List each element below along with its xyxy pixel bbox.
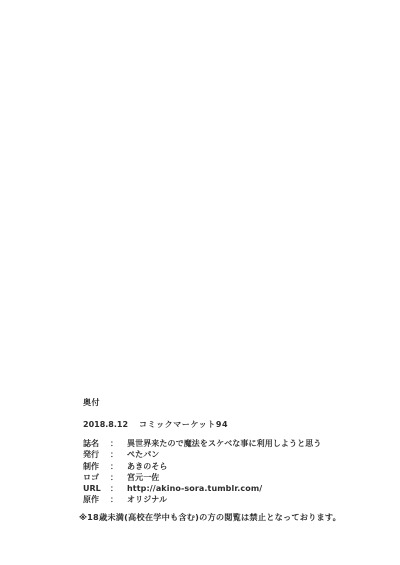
row-label-url: URL (83, 483, 110, 494)
page-title: 奥付 (83, 397, 100, 408)
colophon-row-production: 制作 ： あきのそら (83, 461, 321, 472)
row-label-original-work: 原作 (83, 494, 110, 505)
colophon-page: 奥付 2018.8.12コミックマーケット94 誌名 ： 異世界来たので魔法をス… (0, 0, 400, 565)
row-separator: ： (110, 438, 127, 449)
row-label-logo: ロゴ (83, 472, 110, 483)
event-date: 2018.8.12 (83, 420, 128, 429)
colophon-row-url: URL ： http://akino-sora.tumblr.com/ (83, 483, 321, 494)
colophon-row-title: 誌名 ： 異世界来たので魔法をスケベな事に利用しようと思う (83, 438, 321, 449)
row-separator: ： (110, 461, 127, 472)
colophon-row-logo: ロゴ ： 宮元一佐 (83, 472, 321, 483)
row-value-url: http://akino-sora.tumblr.com/ (127, 483, 262, 494)
row-value-logo: 宮元一佐 (127, 472, 159, 483)
event-line: 2018.8.12コミックマーケット94 (83, 419, 228, 430)
age-restriction-notice: ※18歳未満(高校在学中も含む)の方の閲覧は禁止となっております。 (79, 512, 341, 523)
row-separator: ： (110, 472, 127, 483)
row-label-title: 誌名 (83, 438, 110, 449)
row-separator: ： (110, 494, 127, 505)
row-label-production: 制作 (83, 461, 110, 472)
row-value-production: あきのそら (127, 461, 168, 472)
row-separator: ： (110, 483, 127, 494)
row-value-publisher: ぺたパン (127, 449, 159, 460)
colophon-row-publisher: 発行 ： ぺたパン (83, 449, 321, 460)
colophon-list: 誌名 ： 異世界来たので魔法をスケベな事に利用しようと思う 発行 ： ぺたパン … (83, 438, 321, 506)
event-name: コミックマーケット94 (139, 420, 228, 429)
row-value-title: 異世界来たので魔法をスケベな事に利用しようと思う (127, 438, 321, 449)
row-value-original-work: オリジナル (127, 494, 167, 505)
row-separator: ： (110, 449, 127, 460)
colophon-row-original-work: 原作 ： オリジナル (83, 494, 321, 505)
row-label-publisher: 発行 (83, 449, 110, 460)
